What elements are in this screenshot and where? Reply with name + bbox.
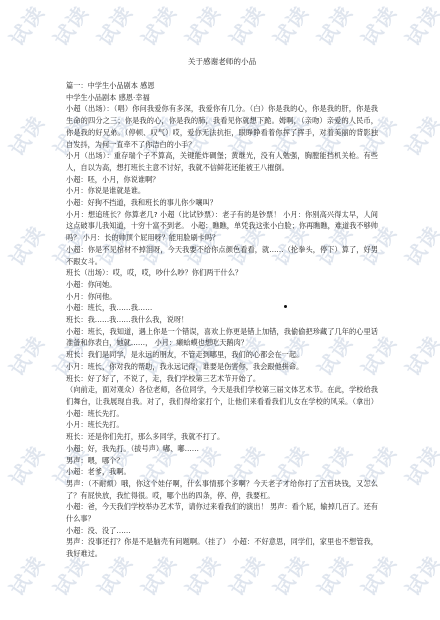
document-body: 篇一：中学生小品剧本 感恩 中学生小品剧本 感恩·幸福 小超（出场）：（唱）你问…: [66, 80, 378, 560]
paragraph: 班长：好了好了，不说了，走，我们学校第三艺术节开始了。: [66, 373, 378, 385]
paragraph: 小超：没、没了……: [66, 525, 378, 537]
paragraph: 小超：爸，今天我们学校举办艺术节，请你过来看我们的演出！ 男声：看个屁，输掉几百…: [66, 501, 378, 524]
watermark-mark: 试读: [222, 0, 271, 51]
paragraph: 小月：你说是谁就是谁。: [66, 185, 378, 197]
paragraph: 篇一：中学生小品剧本 感恩: [66, 80, 378, 92]
watermark-mark: 试读: [398, 218, 440, 271]
paragraph: 小月：班长，你对我的帮助，我永远记得，谁要是伤害你，我会跟他拼命。: [66, 361, 378, 373]
paragraph: 小超：好，我先打。（拔号声）嘟、嘟……: [66, 443, 378, 455]
paragraph: 班长：我……我……我什么我，说呀！: [66, 314, 378, 326]
paragraph: 小月（出场）：重存瑞个子不算高，关键能炸碉堡；黄继光，没有人勉强，胸膛能挡机关枪…: [66, 150, 378, 173]
document-title: 关于感谢老师的小品: [66, 57, 378, 67]
watermark-mark: 试读: [398, 438, 440, 491]
paragraph: 小超：你是不见棺材不掉泪呀，今天我要不给你点颜色看看，就……（抡拳头，停下）算了…: [66, 244, 378, 267]
paragraph: 小超：你问她。: [66, 279, 378, 291]
paragraph: 班长：我们是同学，是永远的朋友，不管走到哪里，我们的心都会在一起。: [66, 349, 378, 361]
watermark-mark: 试读: [398, 108, 440, 161]
watermark-mark: 试读: [90, 0, 139, 51]
watermark-mark: 试读: [398, 328, 440, 381]
watermark-mark: 试读: [266, 0, 315, 51]
paragraph: 男声：（不耐烦）哦，你这个娃仔啊，什么事情那个多啊？今天老子才给你打了五百块钱，…: [66, 478, 378, 501]
paragraph: 小月：班长先打。: [66, 419, 378, 431]
paragraph: 班长：还是你们先打，那么多同学，我就不打了。: [66, 431, 378, 443]
paragraph: 男声：喂，哪个？: [66, 455, 378, 467]
paragraph: 小超：好狗不挡道，我和班长的事儿你少嚷叫？: [66, 197, 378, 209]
watermark-mark: 试读: [2, 548, 51, 601]
watermark-mark: 试读: [398, 548, 440, 601]
paragraph: （向前走，面对观众）各位老师，各位同学，今天是我们学校第三届文体艺术节。在此，学…: [66, 384, 378, 419]
paragraph: 小超：班长，我……我……: [66, 302, 378, 314]
watermark-mark: 试读: [2, 108, 51, 161]
watermark-mark: 试读: [2, 0, 51, 51]
paragraph: 小超：呸，小月，你说谁啊？: [66, 174, 378, 186]
watermark-mark: 试读: [310, 0, 359, 51]
paragraph: 小超：老爹，我啊。: [66, 466, 378, 478]
watermark-mark: 试读: [2, 438, 51, 491]
paragraph: 小超（出场）：（唱）你问我爱你有多深，我爱你有几分。（白）你是我的心，你是我的肝…: [66, 103, 378, 150]
watermark-mark: 试读: [178, 0, 227, 51]
paragraph: 小月：想追班长？你算老几? 小超（比试钞票）：老子有的是钞票！ 小月：你别高兴得…: [66, 209, 378, 244]
bullet-dot: [284, 305, 287, 308]
paragraph: 中学生小品剧本 感恩·幸福: [66, 92, 378, 104]
watermark-mark: 试读: [2, 328, 51, 381]
paragraph: 男声：没事还打？你是不是脑壳有问题啊。（挂了） 小超：不好意思，同学们，家里也不…: [66, 536, 378, 559]
watermark-mark: 试读: [2, 218, 51, 271]
paragraph: 班长（出场）：哎，哎，哎，吵什么吵？你们两干什么？: [66, 267, 378, 279]
watermark-mark: 试读: [354, 0, 403, 51]
watermark-mark: 试读: [134, 0, 183, 51]
watermark-mark: 试读: [46, 0, 95, 51]
paragraph: 小月：你问他。: [66, 291, 378, 303]
watermark-mark: 试读: [398, 0, 440, 51]
paragraph: 小超：班长，我知道，遇上你是一个错误，喜欢上你更是错上加错，我偷偷把珍藏了几年的…: [66, 326, 378, 349]
